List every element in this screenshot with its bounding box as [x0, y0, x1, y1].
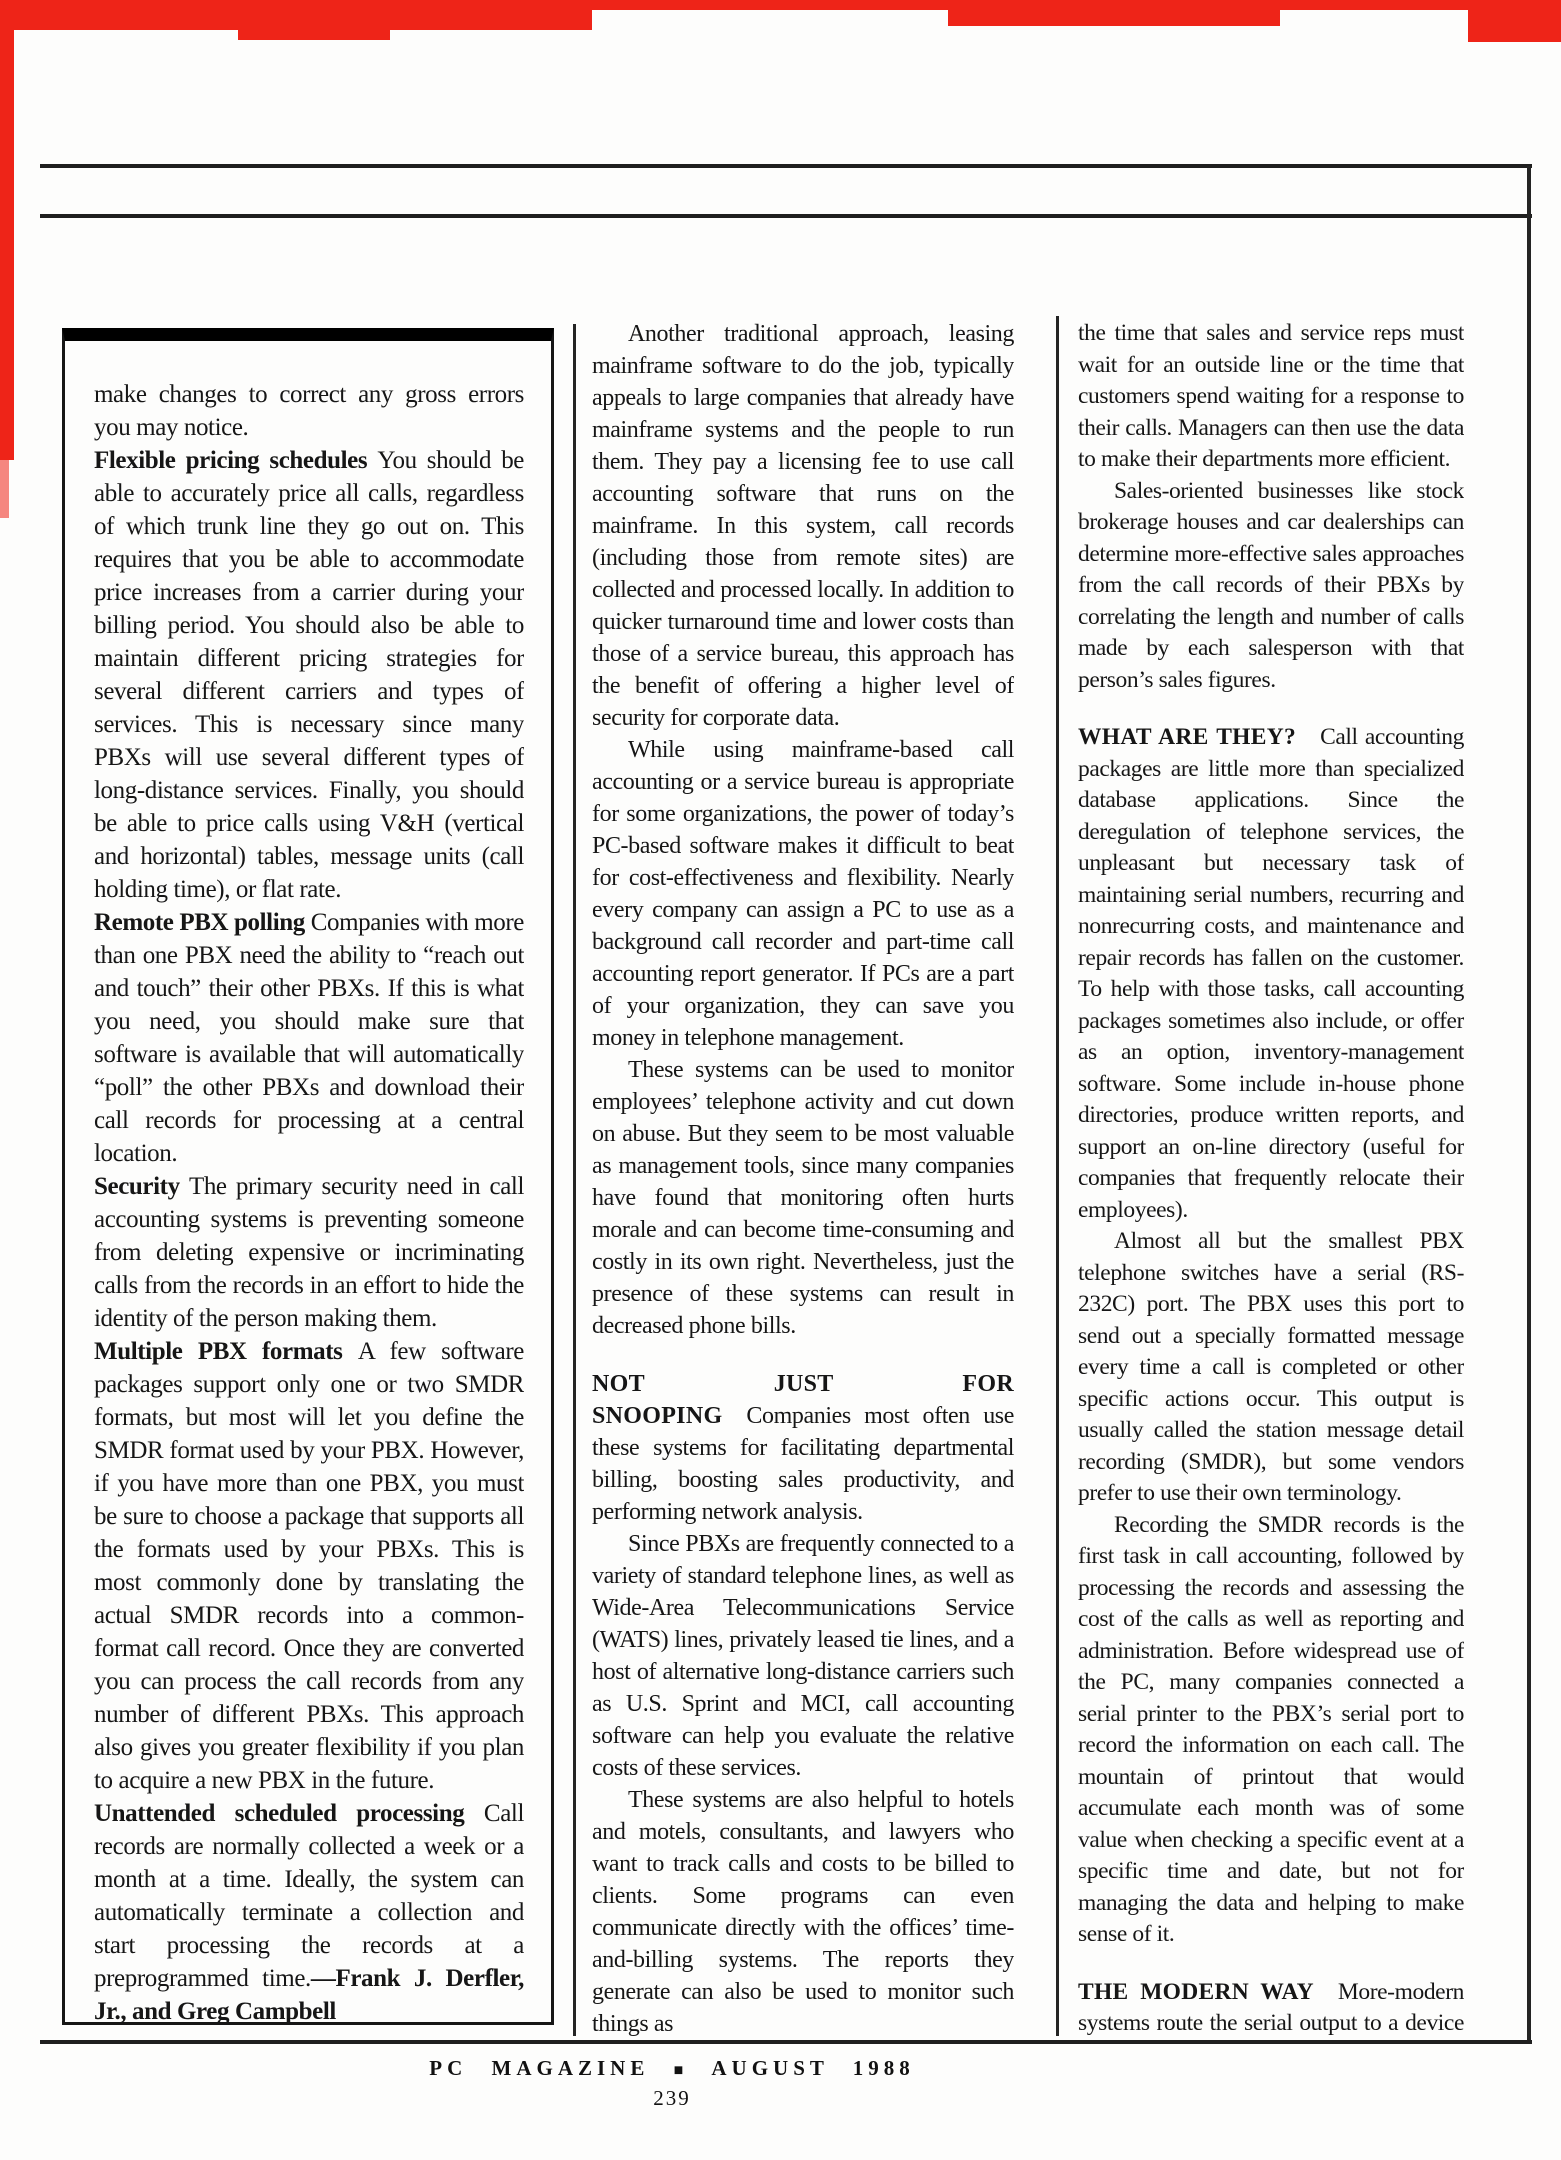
column-1: make changes to correct any gross errors…	[94, 378, 524, 2023]
scan-artifact-top-left	[0, 0, 592, 30]
footer-magazine-line: PC MAGAZINE ■ AUGUST 1988	[0, 2056, 1344, 2081]
page-number: 239	[0, 2086, 1344, 2111]
scan-artifact-top-left-tab	[238, 28, 390, 40]
right-margin-rule	[1527, 166, 1531, 2044]
paragraph-text: Almost all but the smallest PBX telephon…	[1078, 1228, 1464, 1506]
paragraph: Recording the SMDR records is the first …	[1078, 1510, 1464, 1951]
paragraph-text: Recording the SMDR records is the first …	[1078, 1512, 1464, 1948]
paragraph-lead: Remote PBX polling	[94, 909, 311, 936]
paragraph: Another traditional approach, leasing ma…	[592, 318, 1014, 734]
paragraph-text: These systems can be used to monitor emp…	[592, 1057, 1014, 1339]
paragraph-text: Call records are normally collected a we…	[94, 1800, 524, 1992]
paragraph-text: Another traditional approach, leasing ma…	[592, 321, 1014, 731]
column-2: Another traditional approach, leasing ma…	[592, 318, 1014, 2040]
magazine-page: { "colors": { "scan_red": "#ee2418", "in…	[0, 0, 1561, 2160]
paragraph-text: Since PBXs are frequently connected to a…	[592, 1531, 1014, 1781]
paragraph-lead: Unattended scheduled processing	[94, 1800, 484, 1827]
paragraph: Remote PBX polling Companies with more t…	[94, 906, 524, 1170]
section-paragraph: NOT JUST FOR SNOOPINGCompanies most ofte…	[592, 1368, 1014, 1528]
header-rule-top	[40, 164, 1532, 168]
paragraph-lead: Multiple PBX formats	[94, 1338, 358, 1365]
section-paragraph: WHAT ARE THEY?Call accounting packages a…	[1078, 722, 1464, 1226]
scan-artifact-left-strip	[0, 0, 14, 460]
paragraph: Since PBXs are frequently connected to a…	[592, 1528, 1014, 1784]
paragraph: Flexible pricing schedules You should be…	[94, 444, 524, 906]
paragraph-text: Sales-oriented businesses like stock bro…	[1078, 478, 1464, 693]
footer-bullet-icon: ■	[674, 2062, 689, 2079]
column-3: the time that sales and service reps mus…	[1078, 318, 1464, 2040]
paragraph: Unattended scheduled processing Call rec…	[94, 1797, 524, 2023]
paragraph-lead: Flexible pricing schedules	[94, 447, 377, 474]
column-rule-1-2	[573, 324, 576, 2036]
paragraph-text: the time that sales and service reps mus…	[1078, 320, 1464, 472]
scan-artifact-left-strip-fade	[0, 460, 9, 518]
paragraph: Sales-oriented businesses like stock bro…	[1078, 476, 1464, 697]
scan-artifact-top-mid	[948, 0, 1280, 26]
paragraph: These systems are also helpful to hotels…	[592, 1784, 1014, 2040]
paragraph: make changes to correct any gross errors…	[94, 378, 524, 444]
footer-rule	[40, 2040, 1532, 2044]
paragraph-text: Call accounting packages are little more…	[1078, 724, 1464, 1223]
paragraph: the time that sales and service reps mus…	[1078, 318, 1464, 476]
paragraph: Multiple PBX formats A few software pack…	[94, 1335, 524, 1797]
section-heading: WHAT ARE THEY?	[1078, 724, 1296, 750]
section-paragraph: THE MODERN WAYMore-modern systems route …	[1078, 1977, 1464, 2041]
paragraph-text: You should be able to accurately price a…	[94, 447, 524, 903]
paragraph-text: These systems are also helpful to hotels…	[592, 1787, 1014, 2037]
paragraph-lead: Security	[94, 1173, 189, 1200]
paragraph-text: A few software packages support only one…	[94, 1338, 524, 1794]
paragraph-text: Companies with more than one PBX need th…	[94, 909, 524, 1167]
section-heading: THE MODERN WAY	[1078, 1979, 1314, 2005]
footer-magazine-name: PC MAGAZINE	[429, 2056, 649, 2080]
paragraph: Almost all but the smallest PBX telephon…	[1078, 1226, 1464, 1510]
paragraph-text: While using mainframe-based call account…	[592, 737, 1014, 1051]
paragraph: These systems can be used to monitor emp…	[592, 1054, 1014, 1342]
column-rule-2-3	[1056, 316, 1059, 2036]
footer-issue-date: AUGUST 1988	[711, 2056, 914, 2080]
paragraph-text: make changes to correct any gross errors…	[94, 381, 524, 441]
paragraph: Security The primary security need in ca…	[94, 1170, 524, 1335]
scan-artifact-top-right	[1468, 0, 1561, 42]
header-rule-bottom	[40, 214, 1532, 218]
paragraph: While using mainframe-based call account…	[592, 734, 1014, 1054]
